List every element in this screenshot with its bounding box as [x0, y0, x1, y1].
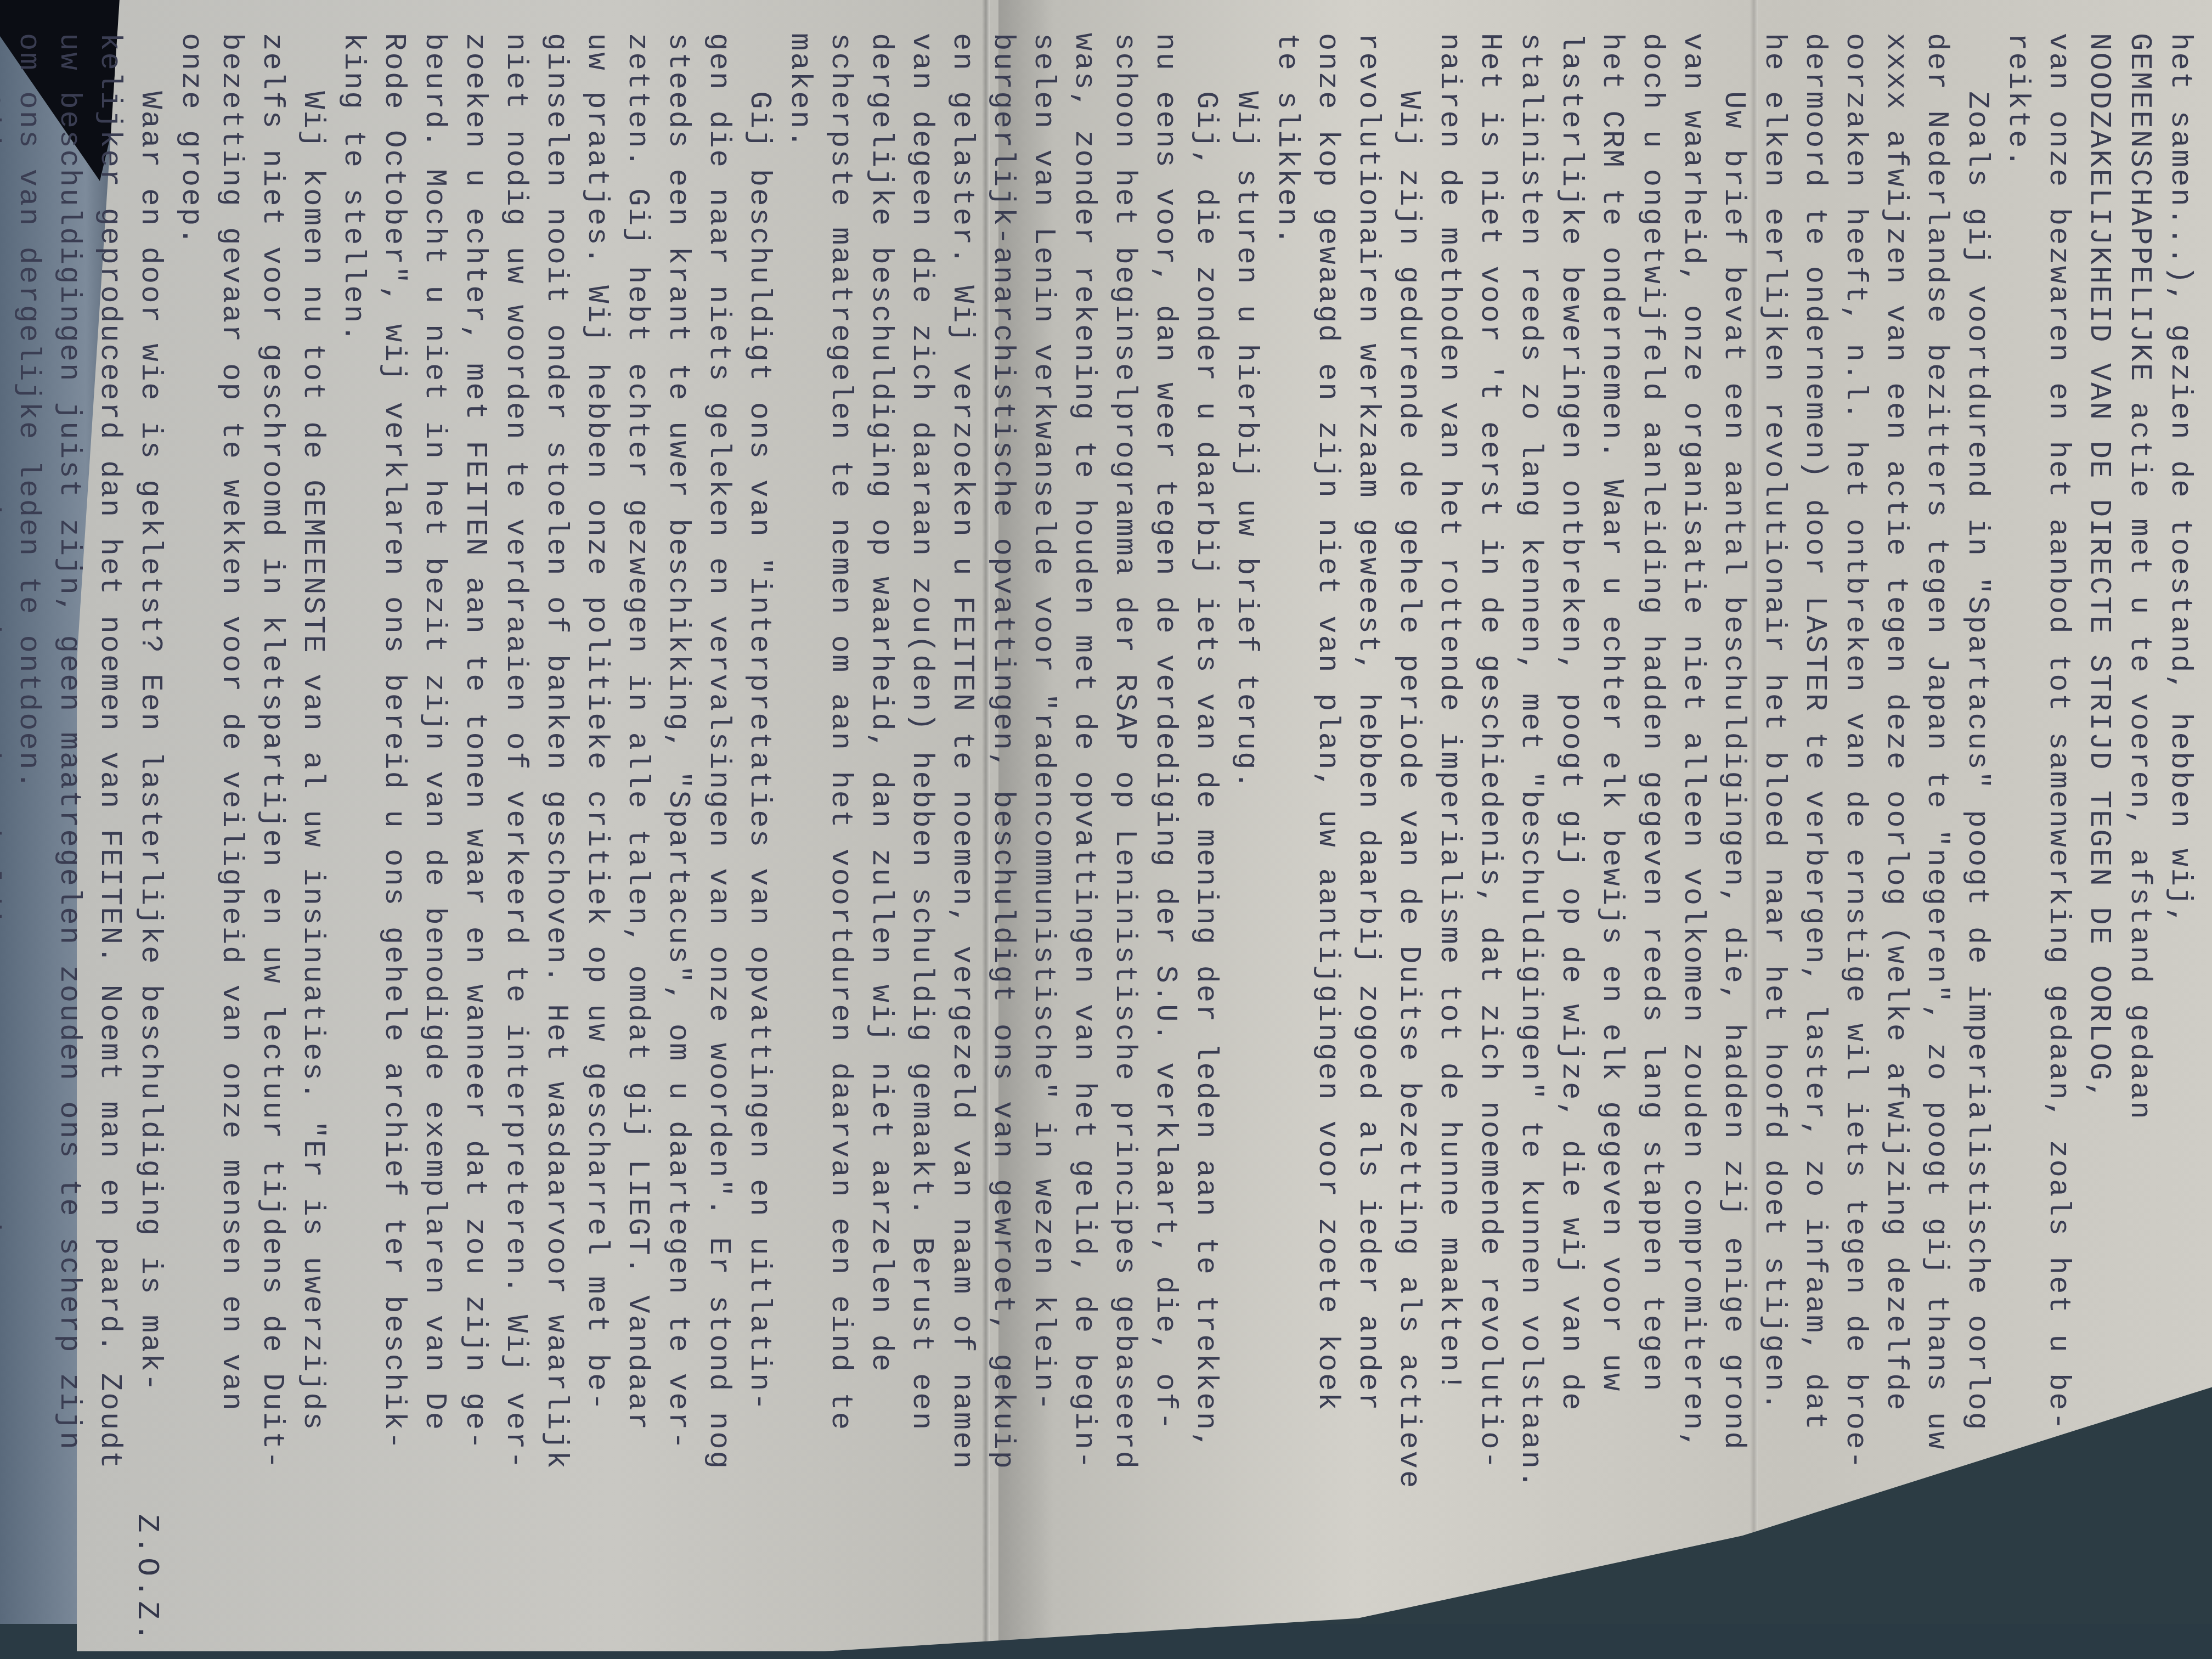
letter-line: stalinisten reeds zo lang kennen, met "b… [1510, 33, 1550, 1624]
letter-line: te slikken. [1266, 33, 1307, 1624]
letter-line: scherpste maatregelen te nemen om aan he… [820, 33, 860, 1624]
letter-line: ginselen nooit onder stoelen of banken g… [535, 33, 576, 1624]
letter-line: om ons van dergelijke leden te ontdoen. [8, 33, 48, 1624]
letter-line: van degeen die zich daaraan zou(den) heb… [901, 33, 941, 1624]
letter-line: van waarheid, onze organisatie niet alle… [1672, 33, 1713, 1624]
letter-line: dergelijke beschuldiging op waarheid, da… [860, 33, 901, 1624]
letter-line: lasterlijke beweringen ontbreken, poogt … [1550, 33, 1591, 1624]
letter-line: uw beschuldigingen juist zijn, geen maat… [48, 33, 89, 1624]
letter-line: Zoals gij voortdurend in "Spartacus" poo… [1956, 33, 1997, 1624]
letter-line: nairen de methoden van het rottende impe… [1429, 33, 1469, 1624]
letter-line: dermoord te ondernemen) door LASTER te v… [1794, 33, 1835, 1624]
letter-line: reikte. [1997, 33, 2038, 1624]
letter-line: nu eens voor, dan weer tegen de verdedig… [1144, 33, 1185, 1624]
letter-line: uw praatjes. Wij hebben onze politieke c… [576, 33, 617, 1624]
letter-line: Uw brief bevat een aantal beschuldiginge… [1713, 33, 1753, 1624]
letter-line: Wij sturen u hierbij uw brief terug. [1226, 33, 1266, 1624]
letter-line: Wij komen nu tot de GEMEENSTE van al uw … [292, 33, 332, 1624]
letter-line: beurd. Mocht u niet in het bezit zijn va… [414, 33, 454, 1624]
letter-line: en gelaster. Wij verzoeken u FEITEN te n… [941, 33, 982, 1624]
letter-line: steeds een krant te uwer beschikking, "S… [657, 33, 698, 1624]
letter-line: he elken eerlijken revolutionair het blo… [1753, 33, 1794, 1624]
letter-line: niet nodig uw woorden te verdraaien of v… [495, 33, 535, 1624]
letter-line: was, zonder rekening te houden met de op… [1063, 33, 1104, 1624]
letter-line: Gij beschuldigt ons van "interpretaties … [738, 33, 779, 1624]
letter-line: oorzaken heeft, n.l. het ontbreken van d… [1835, 33, 1875, 1624]
letter-line: selen van Lenin verkwanselde voor "raden… [1023, 33, 1063, 1624]
letter-line: kelijker geproduceerd dan het noemen van… [89, 33, 129, 1624]
letter-line: van onze bezwaren en het aanbod tot same… [2038, 33, 2078, 1624]
letter-line: Gij, die zonder u daarbij iets van de me… [1185, 33, 1226, 1624]
letter-line: doch u ongetwijfeld aanleiding hadden ge… [1632, 33, 1672, 1624]
letter-line: zoeken u echter, met FEITEN aan te tonen… [454, 33, 495, 1624]
letter-line: bezetting gevaar op te wekken voor de ve… [211, 33, 251, 1624]
letter-line: onze kop gewaagd en zijn niet van plan, … [1307, 33, 1347, 1624]
letter-body: het samen...), gezien de toestand, hebbe… [0, 33, 2200, 1624]
letter-line: schoon het beginselprogramma der RSAP op… [1104, 33, 1144, 1624]
letter-line: het samen...), gezien de toestand, hebbe… [2159, 33, 2200, 1624]
letter-line: Het is niet voor 't eerst in de geschied… [1469, 33, 1510, 1624]
letter-line: Gij gaat nog een stapje verder en beschu… [0, 33, 8, 1624]
letter-line: Waar en door wie is gekletst? Een laster… [129, 33, 170, 1624]
letter-line: Rode October", wij verklaren ons bereid … [373, 33, 414, 1624]
letter-line: NOODZAKELIJKHEID VAN DE DIRECTE STRIJD T… [2078, 33, 2119, 1624]
letter-line: xxxx afwijzen van een actie tegen deze o… [1875, 33, 1916, 1624]
signature-zoz: Z.O.Z. [129, 1514, 165, 1645]
letter-line: zetten. Gij hebt echter gezwegen in alle… [617, 33, 657, 1624]
letter-line: king te stellen. [332, 33, 373, 1624]
letter-line: maken. [779, 33, 820, 1624]
letter-line: zelfs niet voor geschroomd in kletsparti… [251, 33, 292, 1624]
letter-line: Wij zijn gedurende de gehele periode van… [1388, 33, 1429, 1624]
letter-line: der Nederlandse bezitters tegen Japan te… [1916, 33, 1956, 1624]
letter-line: revolutionairen werkzaam geweest, hebben… [1347, 33, 1388, 1624]
letter-line: het CRM te ondernemen. Waar u echter elk… [1591, 33, 1632, 1624]
letter-line: burgerlijk-anarchistische opvattingen, b… [982, 33, 1023, 1624]
letter-line: GEMEENSCHAPPELIJKE actie met u te voeren… [2119, 33, 2159, 1624]
letter-line: gen die naar niets geleken en vervalsing… [698, 33, 738, 1624]
letter-line: onze groep. [170, 33, 211, 1624]
